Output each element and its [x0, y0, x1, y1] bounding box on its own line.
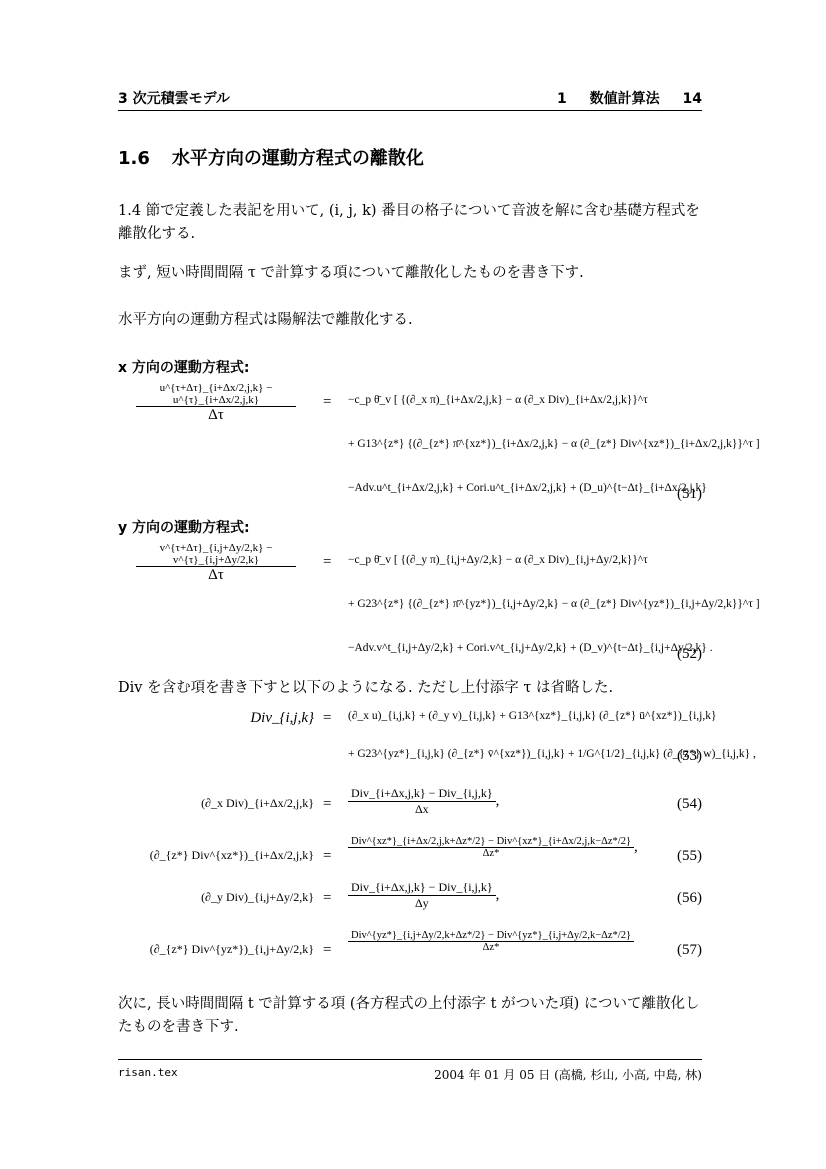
running-header: 3 次元積雲モデル 1 数値計算法 14 — [118, 88, 702, 110]
eq57-rhs-numerator: Div^{yz*}_{i,j+Δy/2,k+Δz*/2} − Div^{yz*}… — [348, 930, 634, 942]
eq52-lhs-numerator: v^{τ+Δτ}_{i,j+Δy/2,k} − v^{τ}_{i,j+Δy/2,… — [136, 542, 296, 567]
equals-sign: = — [323, 848, 331, 865]
equation-52: v^{τ+Δτ}_{i,j+Δy/2,k} − v^{τ}_{i,j+Δy/2,… — [118, 542, 702, 672]
equation-57: (∂_{z*} Div^{yz*})_{i,j+Δy/2,k} = Div^{y… — [118, 926, 702, 976]
header-chapter-number: 1 — [557, 91, 567, 107]
eq55-rhs-numerator: Div^{xz*}_{i+Δx/2,j,k+Δz*/2} − Div^{xz*}… — [348, 836, 634, 848]
paragraph-div-terms: Div を含む項を書き下すと以下のようになる. ただし上付添字 τ は省略した. — [118, 677, 702, 700]
footer-rule — [118, 1059, 702, 1060]
subheading-x-momentum: x 方向の運動方程式: — [118, 357, 250, 377]
eq51-lhs: u^{τ+Δτ}_{i+Δx/2,j,k} − u^{τ}_{i+Δx/2,j,… — [136, 382, 296, 424]
paragraph-short-step: まず, 短い時間間隔 τ で計算する項について離散化したものを書き下す. — [118, 262, 702, 285]
eq51-line2: + G13^{z*} {(∂_{z*} π̄^{xz*})_{i+Δx/2,j,… — [348, 438, 760, 450]
eq55-lhs: (∂_{z*} Div^{xz*})_{i+Δx/2,j,k} — [118, 848, 314, 863]
eq52-line2: + G23^{z*} {(∂_{z*} π̄^{yz*})_{i,j+Δy/2,… — [348, 598, 760, 610]
equation-56: (∂_y Div)_{i,j+Δy/2,k} = Div_{i+Δx,j,k} … — [118, 880, 702, 924]
equation-51: u^{τ+Δτ}_{i+Δx/2,j,k} − u^{τ}_{i+Δx/2,j,… — [118, 382, 702, 512]
eq53-number: (53) — [677, 748, 702, 765]
equals-sign: = — [323, 942, 331, 959]
eq56-lhs: (∂_y Div)_{i,j+Δy/2,k} — [118, 890, 314, 905]
equals-sign: = — [323, 796, 331, 813]
header-chapter-title: 数値計算法 — [590, 91, 660, 107]
eq52-line3: −Adv.v^t_{i,j+Δy/2,k} + Cori.v^t_{i,j+Δy… — [348, 642, 713, 654]
eq54-rhs-numerator: Div_{i+Δx,j,k} − Div_{i,j,k} — [348, 786, 496, 802]
section-heading: 1.6水平方向の運動方程式の離散化 — [118, 144, 424, 170]
equation-53: Div_{i,j,k} = (∂_x u)_{i,j,k} + (∂_y v)_… — [118, 708, 702, 778]
paragraph-intro: 1.4 節で定義した表記を用いて, (i, j, k) 番目の格子について音波を… — [118, 200, 702, 246]
footer-date-authors: 2004 年 01 月 05 日 (高橋, 杉山, 小高, 中島, 林) — [434, 1066, 702, 1083]
eq57-lhs: (∂_{z*} Div^{yz*})_{i,j+Δy/2,k} — [118, 942, 314, 957]
eq53-lhs: Div_{i,j,k} — [118, 710, 314, 727]
eq51-number: (51) — [677, 486, 702, 503]
eq56-rhs-denominator: Δy — [348, 896, 496, 911]
equals-sign: = — [323, 890, 331, 907]
eq56-rhs-numerator: Div_{i+Δx,j,k} − Div_{i,j,k} — [348, 880, 496, 896]
eq51-line3: −Adv.u^t_{i+Δx/2,j,k} + Cori.u^t_{i+Δx/2… — [348, 482, 707, 494]
equals-sign: = — [323, 394, 331, 411]
eq55-rhs-denominator: Δz* — [348, 848, 634, 859]
eq55-rhs: Div^{xz*}_{i+Δx/2,j,k+Δz*/2} − Div^{xz*}… — [348, 836, 638, 859]
eq54-rhs: Div_{i+Δx,j,k} − Div_{i,j,k}Δx, — [348, 786, 499, 817]
eq57-rhs-denominator: Δz* — [348, 942, 634, 953]
eq51-lhs-numerator: u^{τ+Δτ}_{i+Δx/2,j,k} − u^{τ}_{i+Δx/2,j,… — [136, 382, 296, 407]
eq51-line1: −c_p θ̄_v [ {(∂_x π)_{i+Δx/2,j,k} − α (∂… — [348, 394, 648, 406]
eq57-number: (57) — [677, 942, 702, 959]
paragraph-explicit: 水平方向の運動方程式は陽解法で離散化する. — [118, 309, 702, 332]
header-document-title: 3 次元積雲モデル — [118, 88, 230, 108]
equals-sign: = — [323, 554, 331, 571]
section-title-text: 水平方向の運動方程式の離散化 — [172, 148, 424, 169]
eq54-rhs-denominator: Δx — [348, 802, 496, 817]
footer-filename: risan.tex — [118, 1066, 178, 1079]
eq56-number: (56) — [677, 890, 702, 907]
eq52-line1: −c_p θ̄_v [ {(∂_y π)_{i,j+Δy/2,k} − α (∂… — [348, 554, 648, 566]
header-page-number: 14 — [683, 91, 702, 107]
eq53-line1: (∂_x u)_{i,j,k} + (∂_y v)_{i,j,k} + G13^… — [348, 710, 717, 722]
subheading-y-momentum: y 方向の運動方程式: — [118, 517, 250, 537]
header-chapter: 1 数値計算法 14 — [539, 88, 702, 108]
section-number: 1.6 — [118, 148, 150, 169]
eq54-number: (54) — [677, 796, 702, 813]
eq51-lhs-denominator: Δτ — [136, 407, 296, 424]
eq52-lhs: v^{τ+Δτ}_{i,j+Δy/2,k} − v^{τ}_{i,j+Δy/2,… — [136, 542, 296, 584]
eq57-rhs: Div^{yz*}_{i,j+Δy/2,k+Δz*/2} − Div^{yz*}… — [348, 930, 634, 953]
eq56-rhs: Div_{i+Δx,j,k} − Div_{i,j,k}Δy, — [348, 880, 499, 911]
eq55-number: (55) — [677, 848, 702, 865]
eq54-lhs: (∂_x Div)_{i+Δx/2,j,k} — [118, 796, 314, 811]
equation-54: (∂_x Div)_{i+Δx/2,j,k} = Div_{i+Δx,j,k} … — [118, 786, 702, 830]
paragraph-long-step: 次に, 長い時間間隔 t で計算する項 (各方程式の上付添字 t がついた項) … — [118, 993, 702, 1039]
eq52-number: (52) — [677, 646, 702, 663]
eq52-lhs-denominator: Δτ — [136, 567, 296, 584]
header-rule — [118, 110, 702, 111]
equals-sign: = — [323, 710, 331, 727]
equation-55: (∂_{z*} Div^{xz*})_{i+Δx/2,j,k} = Div^{x… — [118, 834, 702, 882]
